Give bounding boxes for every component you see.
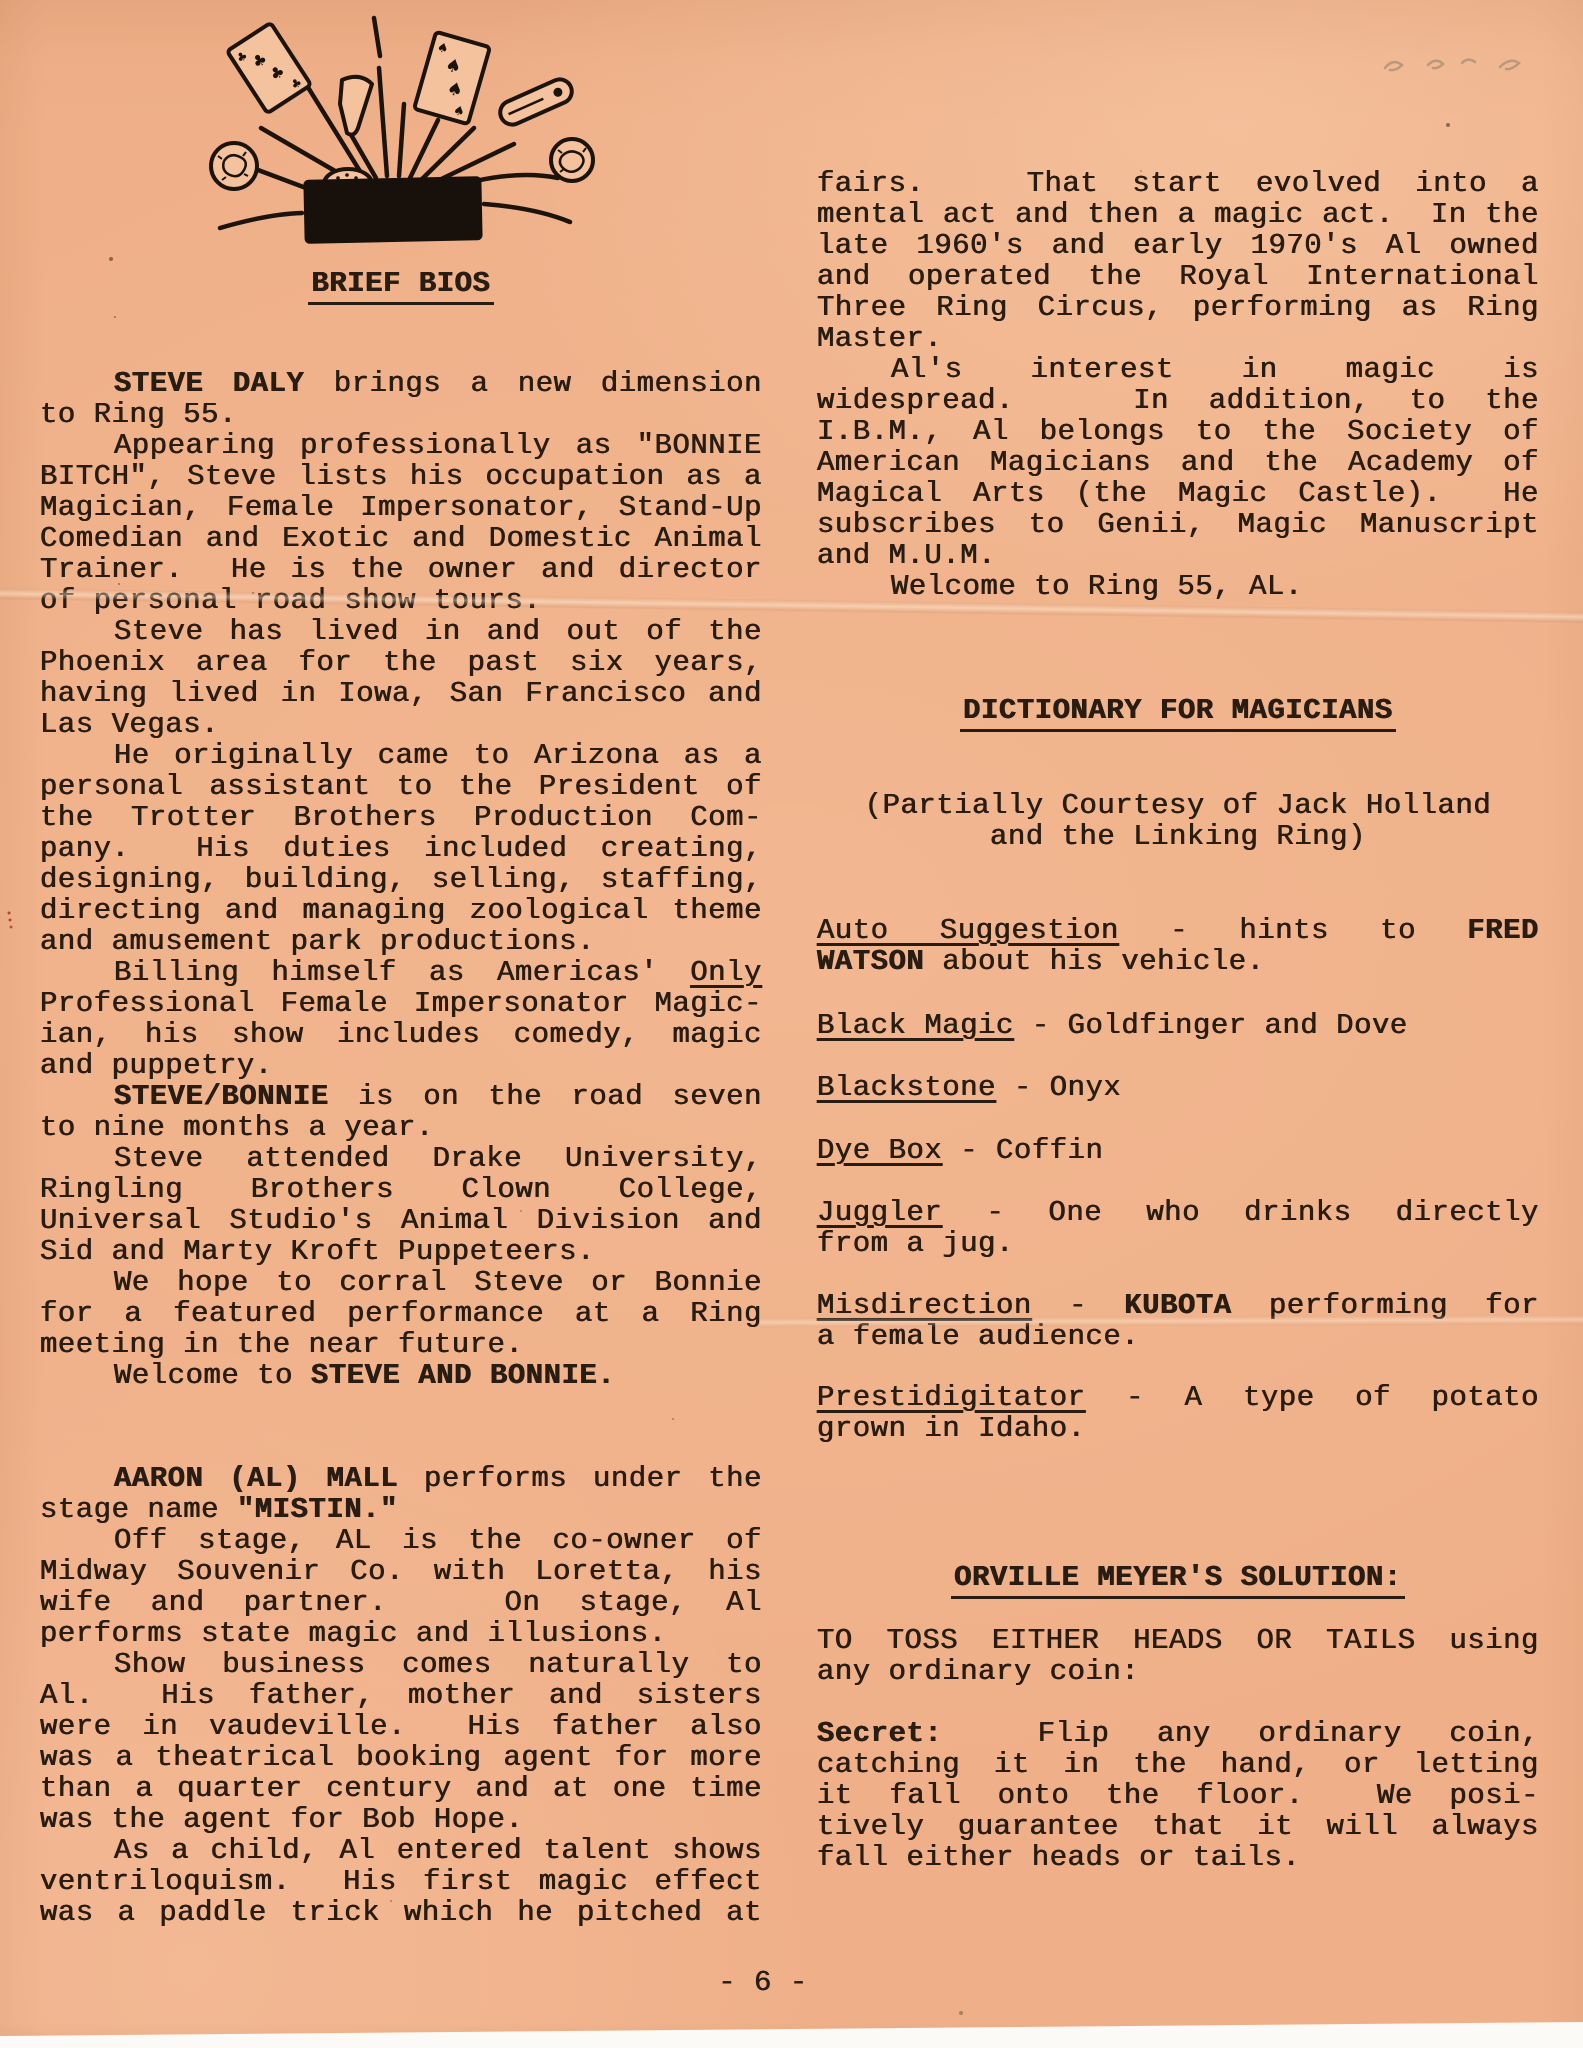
text-line: He originally came to Arizona as a: [40, 740, 762, 771]
text-line: stage name "MISTIN.": [40, 1494, 762, 1525]
text-line: ventriloquism. His first magic effect: [40, 1866, 762, 1897]
text-line: meeting in the near future.: [40, 1329, 762, 1360]
al-mall-paragraph-1: AARON (AL) MALL performs under thestage …: [40, 1463, 762, 1525]
al-mall-paragraph-2: Off stage, AL is the co-owner ofMidway S…: [40, 1525, 762, 1649]
text-line: pany. His duties included creating,: [40, 833, 762, 864]
al-mall-welcome: Welcome to Ring 55, AL.: [817, 571, 1539, 602]
right-column-text: fairs. That start evolved into amental a…: [817, 168, 1539, 1873]
text-line: TO TOSS EITHER HEADS OR TAILS using: [817, 1625, 1539, 1656]
text-line: designing, building, selling, staffing,: [40, 864, 762, 895]
steve-daly-paragraph-5: Billing himself as Americas' OnlyProfess…: [40, 957, 762, 1081]
text-line: Off stage, AL is the co-owner of: [40, 1525, 762, 1556]
text-line: catching it in the hand, or letting: [817, 1749, 1539, 1780]
text-line: Three Ring Circus, performing as Ring: [817, 292, 1539, 323]
text-line: than a quarter century and at one time: [40, 1773, 762, 1804]
staple-marks: [1380, 48, 1540, 88]
steve-daly-paragraph-8: We hope to corral Steve or Bonniefor a f…: [40, 1267, 762, 1360]
steve-daly-welcome: Welcome to STEVE AND BONNIE.: [40, 1360, 762, 1391]
text-line: was a paddle trick which he pitched at: [40, 1897, 762, 1928]
text-line: late 1960's and early 1970's Al owned: [817, 230, 1539, 261]
text-line: Al's interest in magic is: [817, 354, 1539, 385]
text-line: for a featured performance at a Ring: [40, 1298, 762, 1329]
text-line: Trainer. He is the owner and director: [40, 554, 762, 585]
text-line: ian, his show includes comedy, magic: [40, 1019, 762, 1050]
text-line: mental act and then a magic act. In the: [817, 199, 1539, 230]
text-line: BITCH", Steve lists his occupation as a: [40, 461, 762, 492]
text-line: tively guarantee that it will always: [817, 1811, 1539, 1842]
text-line: Professional Female Impersonator Magic-: [40, 988, 762, 1019]
text-line: to nine months a year.: [40, 1112, 762, 1143]
text-line: having lived in Iowa, San Francisco and: [40, 678, 762, 709]
text-line: directing and managing zoological theme: [40, 895, 762, 926]
text-line: any ordinary coin:: [817, 1656, 1539, 1687]
al-mall-paragraph-6: Al's interest in magic iswidespread. In …: [817, 354, 1539, 571]
text-line: Dye Box - Coffin: [817, 1135, 1539, 1166]
steve-daly-paragraph-6: STEVE/BONNIE is on the road sevento nine…: [40, 1081, 762, 1143]
text-line: and operated the Royal International: [817, 261, 1539, 292]
text-line: As a child, Al entered talent shows: [40, 1835, 762, 1866]
steve-daly-paragraph-1: STEVE DALY brings a new dimensionto Ring…: [40, 368, 762, 430]
dictionary-entry-black-magic: Black Magic - Goldfinger and Dove: [817, 1010, 1539, 1041]
text-line: personal assistant to the President of: [40, 771, 762, 802]
text-line: Steve attended Drake University,: [40, 1143, 762, 1174]
coin-right-icon: [551, 139, 593, 181]
text-line: Midway Souvenir Co. with Loretta, his: [40, 1556, 762, 1587]
text-line: to Ring 55.: [40, 399, 762, 430]
dictionary-entry-blackstone: Blackstone - Onyx: [817, 1072, 1539, 1103]
pocket-knife-icon: [496, 76, 575, 129]
text-line: and M.U.M.: [817, 540, 1539, 571]
text-line: Master.: [817, 323, 1539, 354]
text-line: fairs. That start evolved into a: [817, 168, 1539, 199]
text-line: (Partially Courtesy of Jack Holland: [817, 790, 1539, 821]
text-line: Welcome to STEVE AND BONNIE.: [40, 1360, 762, 1391]
text-line: Welcome to Ring 55, AL.: [817, 571, 1539, 602]
brief-bios-heading: BRIEF BIOS: [40, 268, 762, 305]
dictionary-entry-dye-box: Dye Box - Coffin: [817, 1135, 1539, 1166]
dictionary-entry-juggler: Juggler - One who drinks directlyfrom a …: [817, 1197, 1539, 1259]
text-line: Show business comes naturally to: [40, 1649, 762, 1680]
text-line: Al. His father, mother and sisters: [40, 1680, 762, 1711]
text-line: Las Vegas.: [40, 709, 762, 740]
text-line: STEVE/BONNIE is on the road seven: [40, 1081, 762, 1112]
dictionary-entry-auto-suggestion: Auto Suggestion - hints to FREDWATSON ab…: [817, 915, 1539, 977]
text-line: the Trotter Brothers Production Com-: [40, 802, 762, 833]
text-line: a female audience.: [817, 1321, 1539, 1352]
text-line: I.B.M., Al belongs to the Society of: [817, 416, 1539, 447]
magic-hat-illustration: ♣ ♣ ♣ ♣ ♠ ♠ ♠ ♠: [206, 6, 596, 256]
spade-card-icon: ♠ ♠ ♠ ♠: [414, 32, 490, 124]
text-line: Magical Arts (the Magic Castle). He: [817, 478, 1539, 509]
text-line: Black Magic - Goldfinger and Dove: [817, 1010, 1539, 1041]
text-line: Ringling Brothers Clown College,: [40, 1174, 762, 1205]
coin-left-icon: [211, 143, 257, 189]
text-line: it fall onto the floor. We posi-: [817, 1780, 1539, 1811]
brief-bios-header: ♣ ♣ ♣ ♣ ♠ ♠ ♠ ♠: [40, 6, 762, 305]
red-ink-specks: [0, 0, 2, 2]
dictionary-credit: (Partially Courtesy of Jack Hollandand t…: [817, 790, 1539, 852]
text-line: AARON (AL) MALL performs under the: [40, 1463, 762, 1494]
text-line: Appearing professionally as "BONNIE: [40, 430, 762, 461]
dictionary-entry-prestidigitator: Prestidigitator - A type of potatogrown …: [817, 1382, 1539, 1444]
text-line: and puppetry.: [40, 1050, 762, 1081]
text-line: Steve has lived in and out of the: [40, 616, 762, 647]
orville-meyer-heading: ORVILLE MEYER'S SOLUTION:: [817, 1562, 1539, 1599]
text-line: from a jug.: [817, 1228, 1539, 1259]
text-line: WATSON about his vehicle.: [817, 946, 1539, 977]
text-line: performs state magic and illusions.: [40, 1618, 762, 1649]
dictionary-heading: DICTIONARY FOR MAGICIANS: [817, 695, 1539, 732]
text-line: subscribes to Genii, Magic Manuscript: [817, 509, 1539, 540]
text-line: were in vaudeville. His father also: [40, 1711, 762, 1742]
coin-toss-paragraph-2: Secret: Flip any ordinary coin,catching …: [817, 1718, 1539, 1873]
text-line: was the agent for Bob Hope.: [40, 1804, 762, 1835]
text-line: wife and partner. On stage, Al: [40, 1587, 762, 1618]
al-mall-paragraph-4: As a child, Al entered talent showsventr…: [40, 1835, 762, 1928]
text-line: was a theatrical booking agent for more: [40, 1742, 762, 1773]
top-hat-icon: [303, 176, 482, 244]
text-line: Sid and Marty Kroft Puppeteers.: [40, 1236, 762, 1267]
text-line: grown in Idaho.: [817, 1413, 1539, 1444]
steve-daly-paragraph-3: Steve has lived in and out of thePhoenix…: [40, 616, 762, 740]
text-line: Magician, Female Impersonator, Stand-Up: [40, 492, 762, 523]
coin-toss-paragraph-1: TO TOSS EITHER HEADS OR TAILS usingany o…: [817, 1625, 1539, 1687]
text-line: Universal Studio's Animal Division and: [40, 1205, 762, 1236]
text-line: and amusement park productions.: [40, 926, 762, 957]
text-line: fall either heads or tails.: [817, 1842, 1539, 1873]
steve-daly-paragraph-4: He originally came to Arizona as aperson…: [40, 740, 762, 957]
text-line: Blackstone - Onyx: [817, 1072, 1539, 1103]
text-line: Prestidigitator - A type of potato: [817, 1382, 1539, 1413]
orville-meyer-heading-text: ORVILLE MEYER'S SOLUTION:: [951, 1562, 1405, 1599]
dictionary-entry-misdirection: Misdirection - KUBOTA performing fora fe…: [817, 1290, 1539, 1352]
al-mall-paragraph-3: Show business comes naturally toAl. His …: [40, 1649, 762, 1835]
text-line: STEVE DALY brings a new dimension: [40, 368, 762, 399]
text-line: Billing himself as Americas' Only: [40, 957, 762, 988]
cup-icon: [340, 77, 372, 135]
page-number: - 6 -: [0, 1966, 1526, 1999]
dictionary-heading-text: DICTIONARY FOR MAGICIANS: [960, 695, 1396, 732]
brief-bios-heading-text: BRIEF BIOS: [308, 268, 493, 305]
text-line: Auto Suggestion - hints to FRED: [817, 915, 1539, 946]
text-line: Juggler - One who drinks directly: [817, 1197, 1539, 1228]
text-line: of personal road show tours.: [40, 585, 762, 616]
text-line: widespread. In addition, to the: [817, 385, 1539, 416]
text-line: Phoenix area for the past six years,: [40, 647, 762, 678]
scanned-newsletter-page: ♣ ♣ ♣ ♣ ♠ ♠ ♠ ♠: [0, 0, 1583, 2048]
text-line: Misdirection - KUBOTA performing for: [817, 1290, 1539, 1321]
text-line: We hope to corral Steve or Bonnie: [40, 1267, 762, 1298]
club-card-icon: ♣ ♣ ♣ ♣: [227, 23, 311, 113]
text-line: and the Linking Ring): [817, 821, 1539, 852]
steve-daly-paragraph-2: Appearing professionally as "BONNIEBITCH…: [40, 430, 762, 616]
text-line: Comedian and Exotic and Domestic Animal: [40, 523, 762, 554]
al-mall-paragraph-5: fairs. That start evolved into amental a…: [817, 168, 1539, 354]
steve-daly-paragraph-7: Steve attended Drake University,Ringling…: [40, 1143, 762, 1267]
text-line: Secret: Flip any ordinary coin,: [817, 1718, 1539, 1749]
paper-sheet: ♣ ♣ ♣ ♣ ♠ ♠ ♠ ♠: [0, 0, 1583, 2048]
text-line: American Magicians and the Academy of: [817, 447, 1539, 478]
left-column-text: STEVE DALY brings a new dimensionto Ring…: [40, 368, 762, 1928]
